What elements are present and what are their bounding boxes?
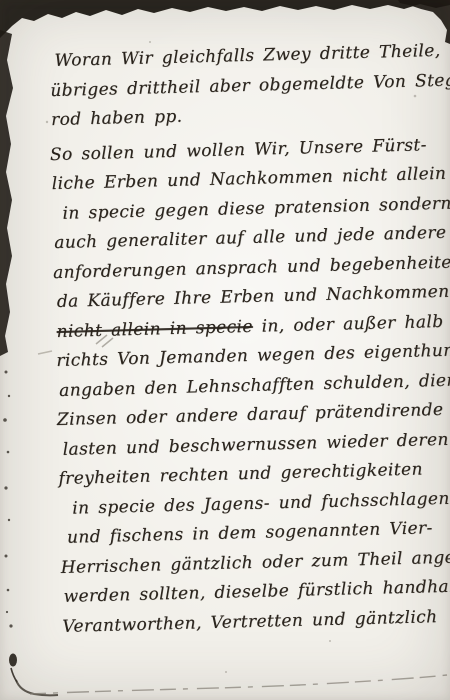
manuscript-line-segment: in specie gegen diese pratension sondern [62, 193, 450, 223]
manuscript-line-segment: da Käuffere Ihre Erben und Nachkommen [57, 282, 450, 312]
manuscript-line-segment: Verantworthen, Vertretten und gäntzlich [62, 607, 438, 637]
margin-dash [38, 351, 52, 354]
struck-text-segment: nicht allein in specie [56, 316, 253, 341]
manuscript-text: Woran Wir gleichfalls Zwey dritte Theile… [47, 37, 450, 642]
manuscript-line-segment: Zinsen oder andere darauf prätendirende [57, 400, 444, 430]
manuscript-page: Woran Wir gleichfalls Zwey dritte Theile… [0, 0, 450, 700]
torn-edge-left [0, 30, 13, 356]
torn-edge-top [0, 0, 450, 38]
manuscript-line-segment: liche Erben und Nachkommen nicht allein [51, 164, 446, 194]
manuscript-line-segment: lasten und beschwernussen wieder deren [62, 429, 449, 459]
manuscript-line-segment: in specie des Jagens- und fuchsschlagens [72, 488, 450, 518]
manuscript-line-segment: in, oder außer halb ge- [253, 310, 450, 336]
bottom-paper-edge-line [30, 675, 447, 694]
manuscript-line-segment: richts Von Jemanden wegen des eigenthumb… [56, 340, 450, 371]
manuscript-line-segment: werden sollten, dieselbe fürstlich handh… [63, 576, 450, 607]
left-margin-speckles [3, 371, 12, 628]
ink-blot [9, 654, 17, 683]
manuscript-line-segment: rod haben pp. [51, 107, 183, 130]
manuscript-line-segment: Woran Wir gleichfalls Zwey dritte Theile… [54, 41, 441, 71]
manuscript-line-segment: auch generaliter auf alle und jede ander… [54, 223, 447, 253]
manuscript-line-segment: So sollen und wollen Wir, Unsere Fürst- [50, 135, 427, 165]
manuscript-line-segment: freyheiten rechten und gerechtigkeiten [58, 459, 423, 489]
manuscript-line-segment: und fischens in dem sogenannten Vier- [67, 518, 433, 548]
